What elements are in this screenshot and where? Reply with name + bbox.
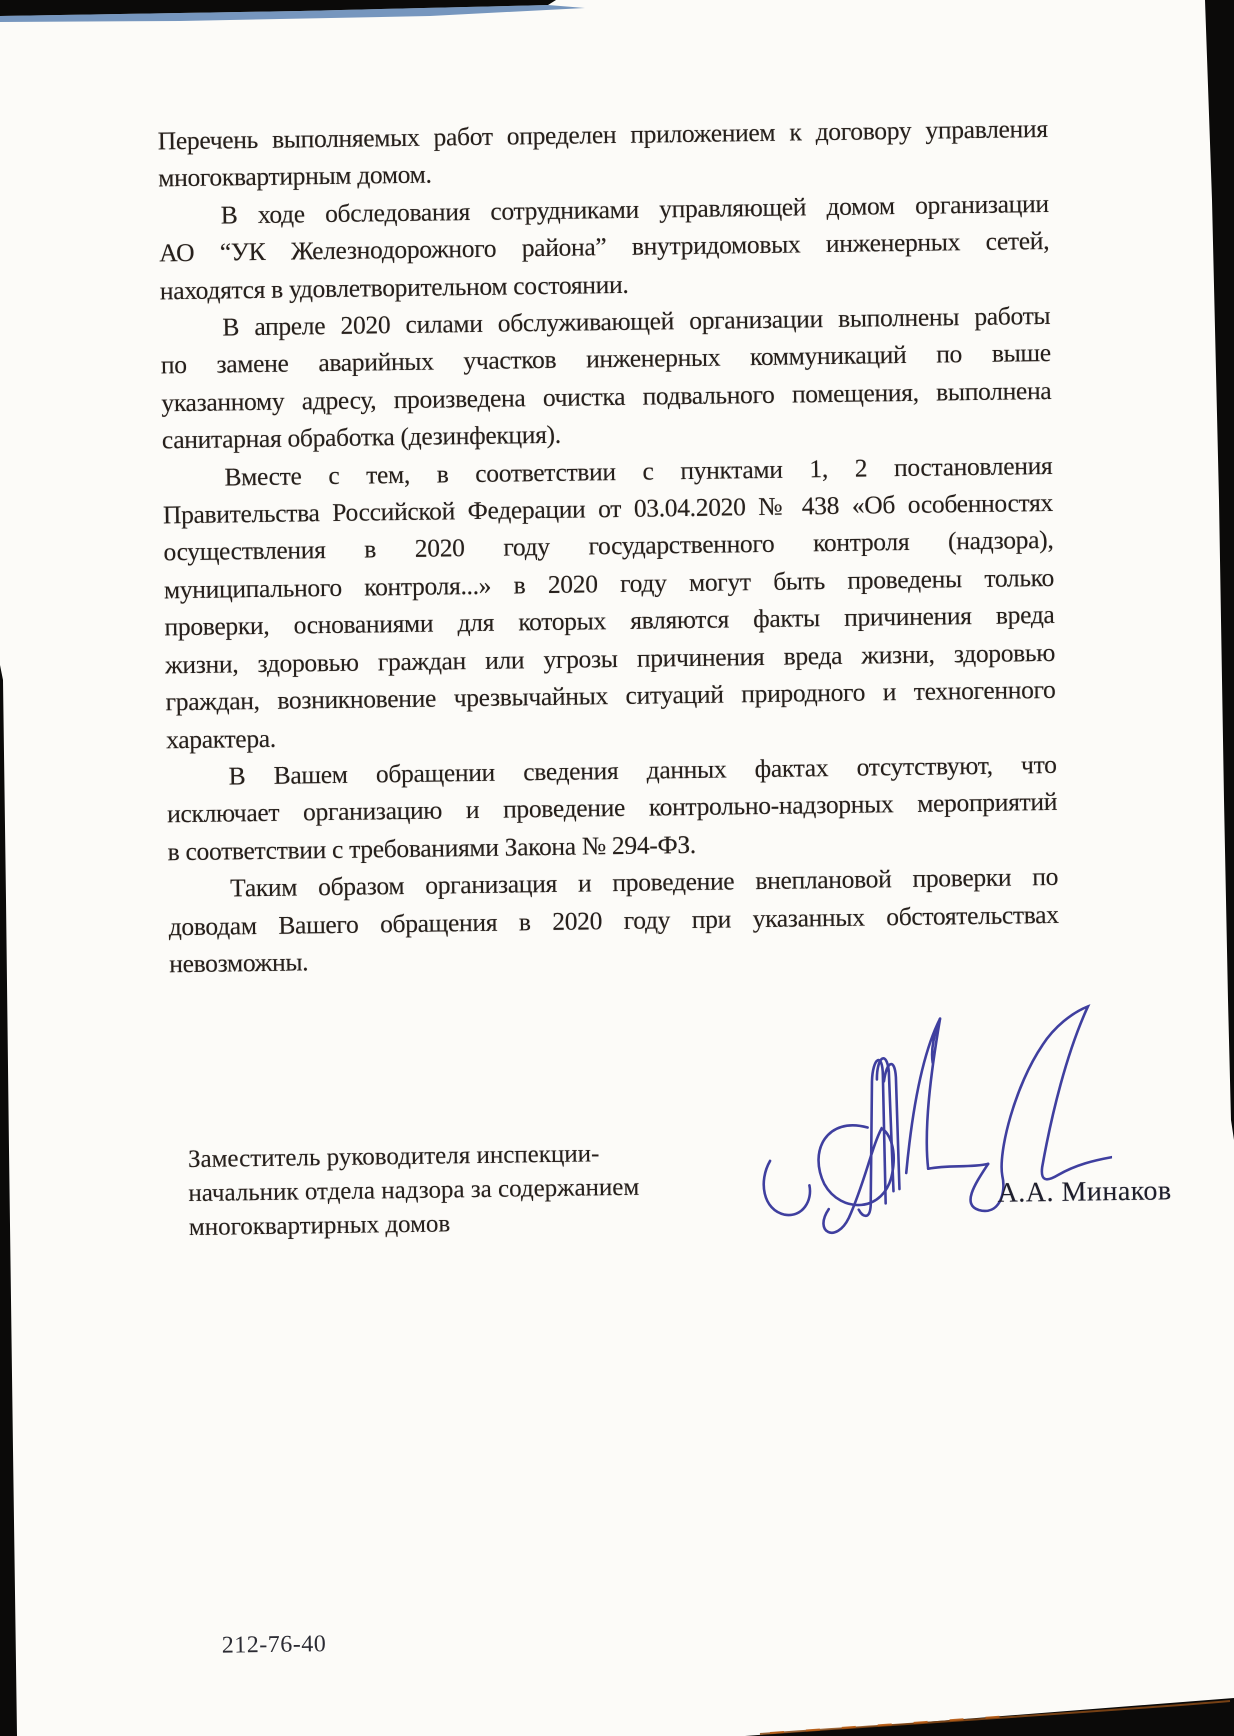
signatory-position-line: начальник отдела надзора за содержанием: [188, 1171, 639, 1211]
footer-phone: 212-76-40: [222, 1631, 327, 1659]
scanned-page: Перечень выполняемых работ определен при…: [0, 0, 1234, 1736]
paragraph: Вместе с тем, в соответствии с пунктами …: [162, 447, 1056, 759]
signatory-position: Заместитель руководителя инспекции- нача…: [188, 1137, 640, 1245]
paragraph: Перечень выполняемых работ определен при…: [157, 110, 1048, 197]
body-text: Перечень выполняемых работ определен при…: [157, 110, 1059, 983]
signatory-position-line: многоквартирных домов: [189, 1205, 640, 1245]
paragraph: В Вашем обращении сведения данных фактах…: [166, 746, 1057, 871]
paragraph: В ходе обследования сотрудниками управля…: [159, 185, 1050, 310]
paragraph: В апреле 2020 силами обслуживающей орган…: [160, 297, 1052, 459]
signatory-name: А.А. Минаков: [997, 1175, 1172, 1209]
